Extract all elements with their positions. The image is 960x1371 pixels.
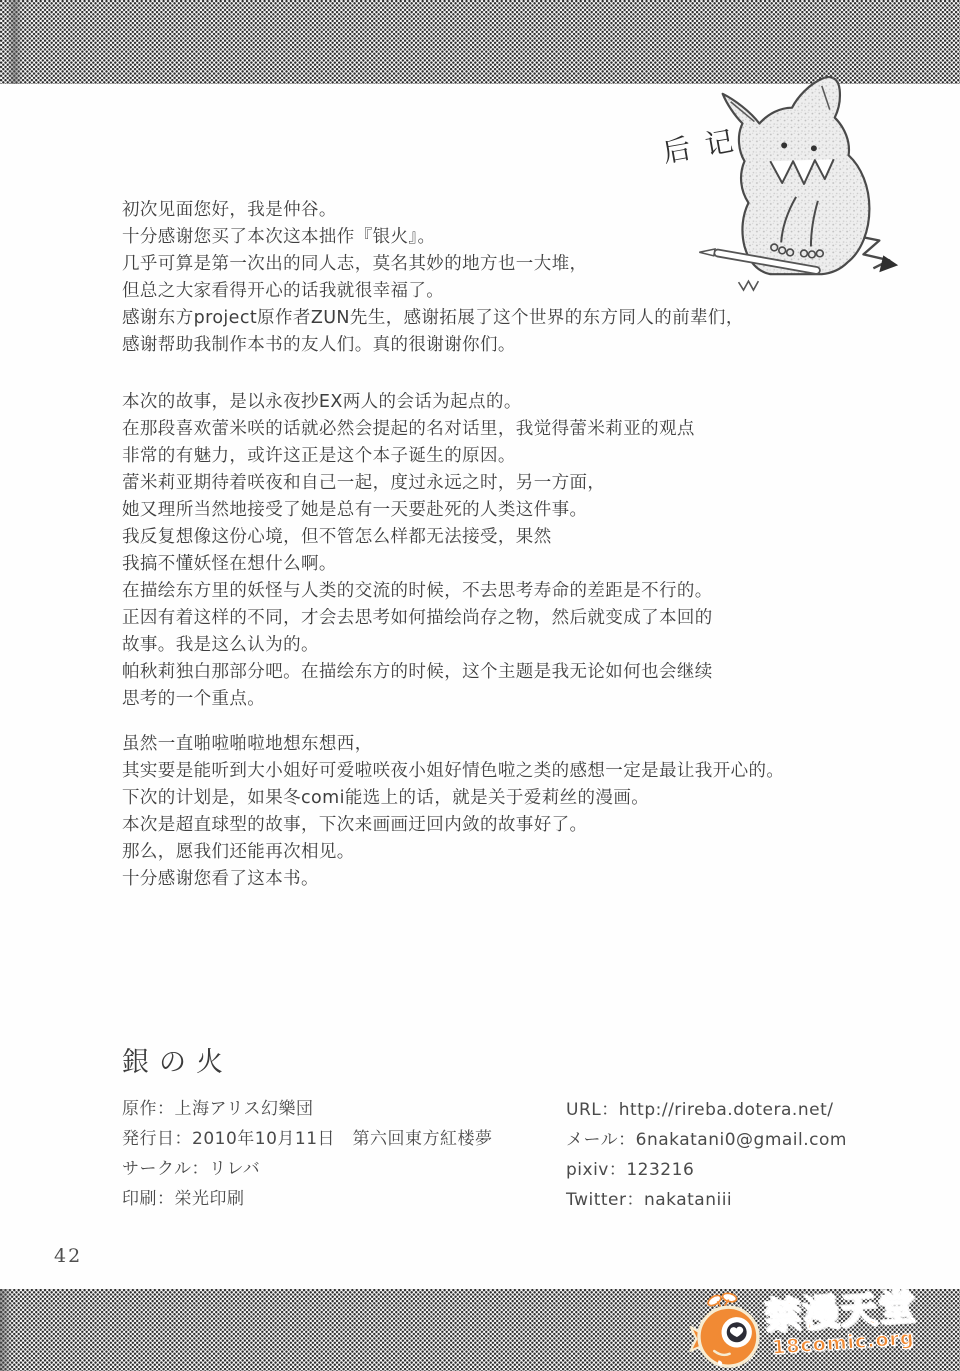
- afterword-paragraph-3: 虽然一直啪啦啪啦地想东想西，其实要是能听到大小姐好可爱啦咲夜小姐好情色啦之类的感…: [122, 731, 784, 893]
- afterword-line: 正因有着这样的不同，才会去思考如何描绘尚存之物，然后就变成了本回的: [122, 605, 713, 632]
- cat-eye-right: [811, 145, 817, 151]
- colophon-right-column: URL：http://rireba.dotera.net/メール：6nakata…: [566, 1095, 847, 1215]
- colophon-line: サークル：リレバ: [122, 1154, 493, 1184]
- afterword-line: 初次见面您好，我是仲谷。: [122, 197, 744, 224]
- afterword-line: 十分感谢您买了本次这本拙作『银火』。: [122, 224, 744, 251]
- afterword-line: 非常的有魅力，或许这正是这个本子诞生的原因。: [122, 443, 713, 470]
- afterword-paragraph-1: 初次见面您好，我是仲谷。十分感谢您买了本次这本拙作『银火』。几乎可算是第一次出的…: [122, 197, 744, 359]
- afterword-line: 在描绘东方里的妖怪与人类的交流的时候，不去思考寿命的差距是不行的。: [122, 578, 713, 605]
- afterword-line: 其实要是能听到大小姐好可爱啦咲夜小姐好情色啦之类的感想一定是最让我开心的。: [122, 758, 784, 785]
- colophon-line: メール：6nakatani0@gmail.com: [566, 1125, 847, 1155]
- afterword-line: 几乎可算是第一次出的同人志，莫名其妙的地方也一大堆，: [122, 251, 744, 278]
- colophon-left-column: 原作：上海アリス幻樂団発行日：2010年10月11日 第六回東方紅楼夢サークル：…: [122, 1094, 493, 1214]
- whale-mascot-icon: [685, 1289, 767, 1371]
- afterword-line: 那么，愿我们还能再次相见。: [122, 839, 784, 866]
- afterword-line: 感谢东方project原作者ZUN先生，感谢拓展了这个世界的东方同人的前辈们，: [122, 305, 744, 332]
- cat-eye-left: [781, 142, 787, 148]
- colophon-line: 原作：上海アリス幻樂団: [122, 1094, 493, 1124]
- colophon-line: 発行日：2010年10月11日 第六回東方紅楼夢: [122, 1124, 493, 1154]
- colophon-line: 印刷：栄光印刷: [122, 1184, 493, 1214]
- afterword-line: 我搞不懂妖怪在想什么啊。: [122, 551, 713, 578]
- afterword-line: 她又理所当然地接受了她是总有一天要赴死的人类这件事。: [122, 497, 713, 524]
- afterword-line: 虽然一直啪啦啪啦地想东想西，: [122, 731, 784, 758]
- afterword-line: 下次的计划是，如果冬comi能选上的话，就是关于爱莉丝的漫画。: [122, 785, 784, 812]
- watermark: 禁漫天堂 18comic.org: [685, 1275, 940, 1371]
- afterword-line: 思考的一个重点。: [122, 686, 713, 713]
- colophon-line: URL：http://rireba.dotera.net/: [566, 1095, 847, 1125]
- afterword-line: 但总之大家看得开心的话我就很幸福了。: [122, 278, 744, 305]
- afterword-line: 我反复想像这份心境，但不管怎么样都无法接受，果然: [122, 524, 713, 551]
- afterword-line: 在那段喜欢蕾米咲的话就必然会提起的名对话里，我觉得蕾米莉亚的观点: [122, 416, 713, 443]
- colophon-line: pixiv：123216: [566, 1155, 847, 1185]
- colophon-line: Twitter：nakataniii: [566, 1185, 847, 1215]
- afterword-line: 本次是超直球型的故事，下次来画画迂回内敛的故事好了。: [122, 812, 784, 839]
- afterword-line: 帕秋莉独白那部分吧。在描绘东方的时候，这个主题是我无论如何也会继续: [122, 659, 713, 686]
- book-title: 銀の火: [122, 1040, 233, 1079]
- afterword-line: 本次的故事，是以永夜抄EX两人的会话为起点的。: [122, 389, 713, 416]
- afterword-paragraph-2: 本次的故事，是以永夜抄EX两人的会话为起点的。在那段喜欢蕾米咲的话就必然会提起的…: [122, 389, 713, 713]
- page-number: 42: [54, 1245, 82, 1267]
- afterword-line: 十分感谢您看了这本书。: [122, 866, 784, 893]
- afterword-line: 感谢帮助我制作本书的友人们。真的很谢谢你们。: [122, 332, 744, 359]
- cat-body: [723, 77, 870, 274]
- scanned-afterword-page: 后记: [0, 0, 960, 1371]
- afterword-line: 蕾米莉亚期待着咲夜和自己一起，度过永远之时，另一方面，: [122, 470, 713, 497]
- afterword-line: 故事。我是这么认为的。: [122, 632, 713, 659]
